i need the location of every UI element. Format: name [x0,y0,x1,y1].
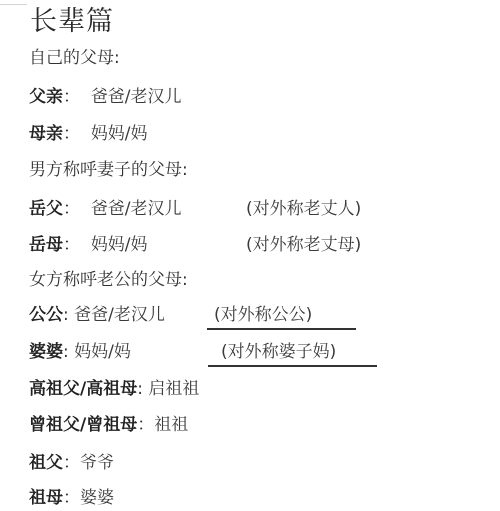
entry-label: 祖父 [29,453,63,473]
entry-separator: : [63,305,69,325]
entry-father: 父亲： 爸爸/老汉儿 [29,85,182,109]
entry-note-mother-in-law: (对外称老丈母) [246,233,361,257]
corner-divider [0,4,27,5]
section-heading-own-parents: 自己的父母: [29,46,120,70]
entry-label: 岳母 [29,235,63,255]
entry-note-popo: (对外称婆子妈) [221,340,336,364]
entry-separator: ： [63,87,80,107]
entry-note-father-in-law: (对外称老丈人) [246,197,361,221]
section-heading-wife-parents: 男方称呼妻子的父母: [29,158,188,182]
underline-popo [208,365,377,367]
entry-value: 爸爸/老汉儿 [91,87,182,107]
entry-grandfather: 祖父：爷爷 [29,451,114,475]
entry-popo: 婆婆: 妈妈/妈 [29,340,131,364]
section-heading-husband-parents: 女方称呼老公的父母: [29,268,188,292]
entry-separator: : [137,379,143,399]
entry-value: 爸爸/老汉儿 [74,305,165,325]
page-title: 长辈篇 [30,4,114,40]
entry-mother-in-law: 岳母： 妈妈/妈 [29,233,148,257]
entry-grandmother: 祖母：婆婆 [29,486,114,510]
entry-label: 父亲 [29,87,63,107]
entry-separator: ： [63,235,80,255]
entry-value: 妈妈/妈 [91,235,148,255]
entry-label: 婆婆 [29,342,63,362]
entry-gonggong: 公公: 爸爸/老汉儿 [29,303,165,327]
entry-separator: ： [137,415,154,435]
entry-value: 爷爷 [80,453,114,473]
entry-separator: ： [63,488,80,508]
entry-label: 公公 [29,305,63,325]
entry-mother: 母亲： 妈妈/妈 [29,122,148,146]
entry-separator: ： [63,124,80,144]
entry-value: 祖祖 [154,415,188,435]
entry-father-in-law: 岳父： 爸爸/老汉儿 [29,197,182,221]
entry-value: 婆婆 [80,488,114,508]
entry-label: 曾祖父/曾祖母 [29,415,137,435]
entry-label: 岳父 [29,199,63,219]
entry-great-grandparents: 曾祖父/曾祖母：祖祖 [29,413,188,437]
entry-label: 祖母 [29,488,63,508]
entry-separator: ： [63,453,80,473]
entry-separator: : [63,342,69,362]
entry-value: 妈妈/妈 [74,342,131,362]
entry-value: 启祖祖 [148,379,199,399]
entry-great-great-grandparents: 高祖父/高祖母: 启祖祖 [29,377,199,401]
entry-value: 妈妈/妈 [91,124,148,144]
entry-value: 爸爸/老汉儿 [91,199,182,219]
entry-note-gonggong: (对外称公公) [214,303,312,327]
entry-label: 高祖父/高祖母 [29,379,137,399]
underline-gonggong [207,328,356,330]
entry-separator: ： [63,199,80,219]
entry-label: 母亲 [29,124,63,144]
